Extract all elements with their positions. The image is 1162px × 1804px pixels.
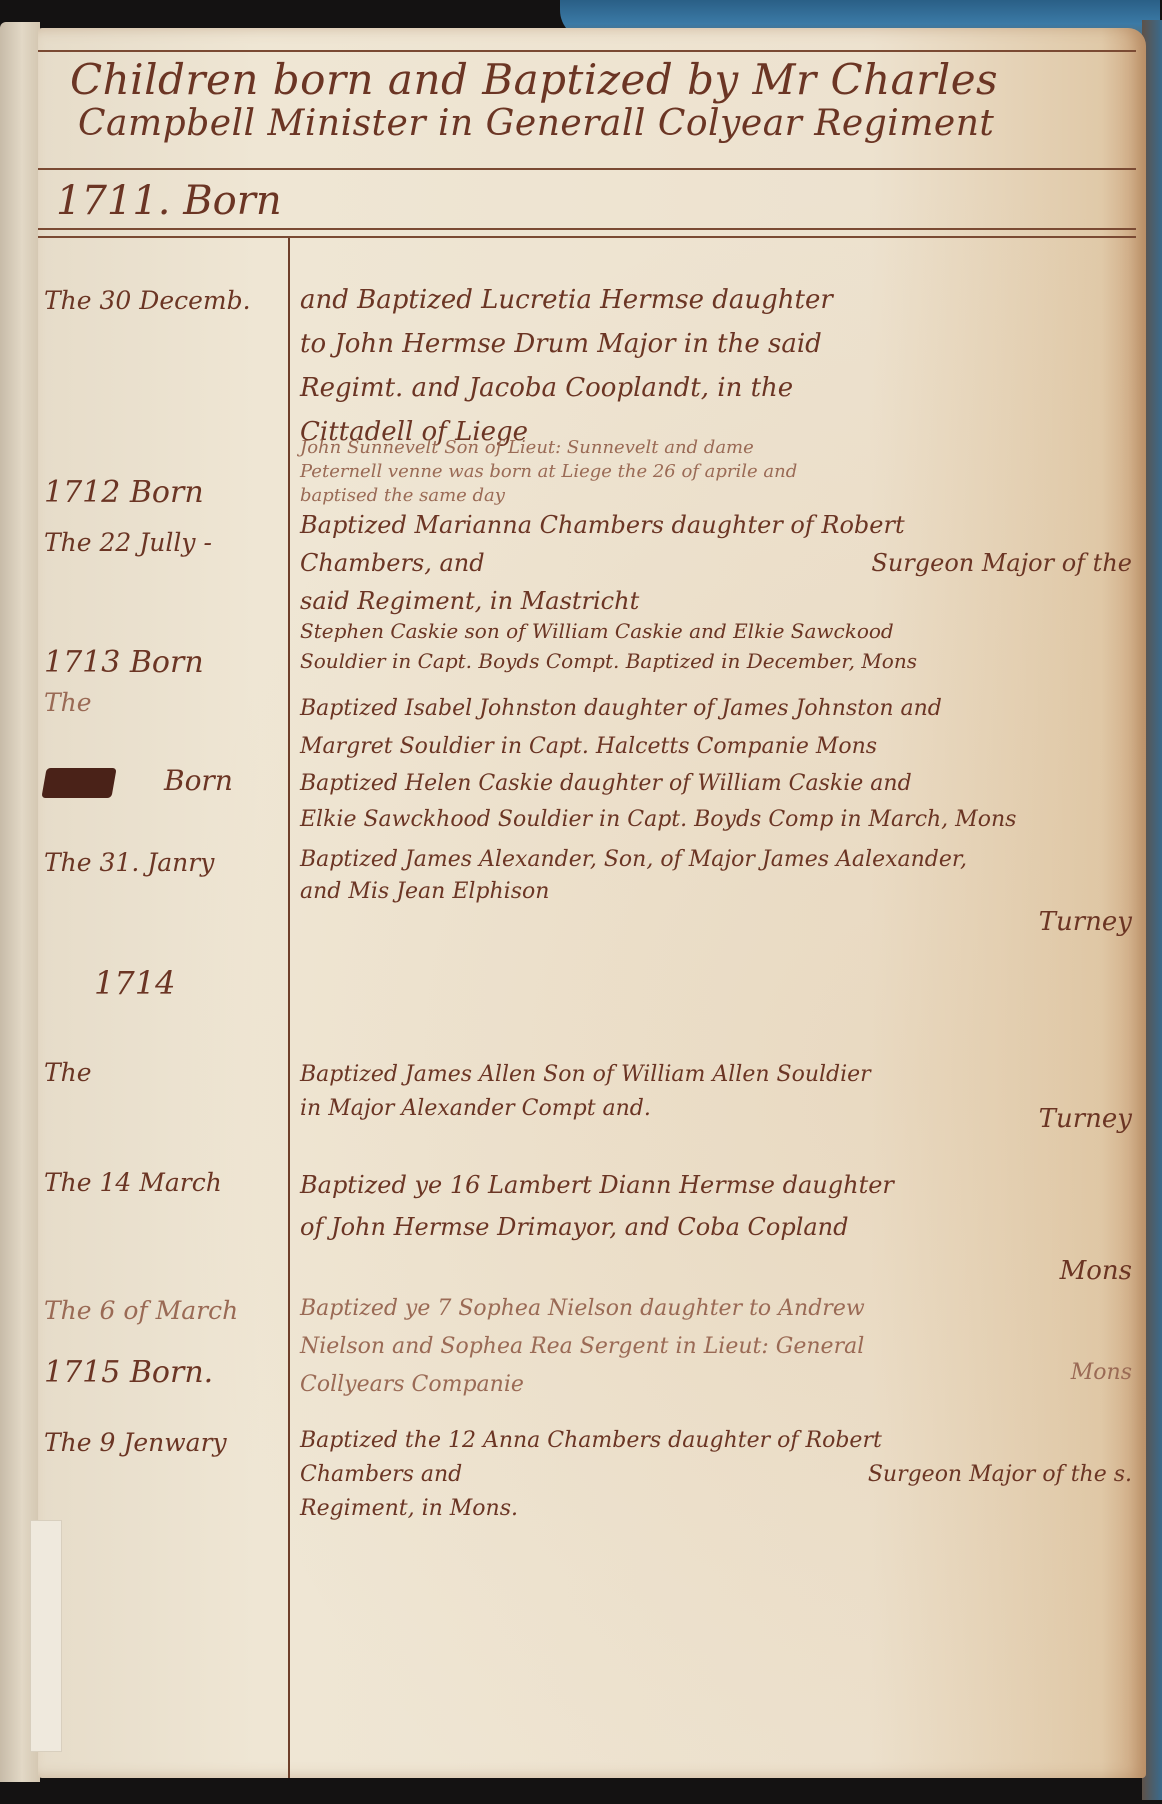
entry-helen-caskie: Baptized Helen Caskie daughter of Willia… — [300, 766, 1140, 838]
entry-place: Turney — [1039, 906, 1132, 938]
entry-marianna-chambers: Baptized Marianna Chambers daughter of R… — [300, 506, 1140, 620]
entry-lambert-hermse: Baptized ye 16 Lambert Diann Hermse daug… — [300, 1164, 1140, 1284]
entry-sophea-nielson: Baptized ye 7 Sophea Nielson daughter to… — [300, 1290, 1140, 1410]
year-heading-1711: 1711. Born — [56, 178, 282, 224]
entry-anna-chambers: Baptized the 12 Anna Chambers daughter o… — [300, 1424, 1140, 1526]
entry-james-allen: Baptized James Allen Son of William Alle… — [300, 1058, 1140, 1148]
facing-page-edge — [0, 22, 40, 1782]
margin-year: 1712 Born — [44, 478, 284, 508]
entry-lucretia-hermse: and Baptized Lucretia Hermse daughter to… — [300, 278, 1140, 454]
margin-date: The 6 of March — [44, 1296, 284, 1326]
margin-date: The 14 March — [44, 1168, 284, 1198]
manuscript-page: Children born and Baptized by Mr Charles… — [38, 28, 1146, 1778]
margin-year: 1714 — [94, 968, 334, 998]
entry-john-sunnevelt: John Sunnevelt Son of Lieut: Sunnevelt a… — [300, 436, 1140, 508]
margin-date: The 30 Decemb. — [44, 286, 284, 316]
title-rule — [38, 168, 1136, 170]
entry-place: Mons — [1071, 1354, 1132, 1392]
entry-place: Turney — [1039, 1102, 1132, 1136]
entry-right-note: Surgeon Major of the — [871, 544, 1132, 582]
entry-place: Mons — [1060, 1250, 1132, 1292]
header-rule-2 — [38, 236, 1136, 238]
entry-stephen-caskie: Stephen Caskie son of William Caskie and… — [300, 616, 1140, 676]
title-line-1: Children born and Baptized by Mr Charles — [70, 55, 998, 104]
page-title: Children born and Baptized by Mr Charles… — [70, 58, 1130, 146]
margin-year-struck: Born — [44, 766, 284, 798]
entry-james-alexander: Baptized James Alexander, Son, of Major … — [300, 844, 1140, 934]
title-line-2: Campbell Minister in Generall Colyear Re… — [70, 102, 1130, 146]
crossed-out-year — [41, 768, 116, 798]
margin-date: The 9 Jenwary — [44, 1428, 284, 1458]
entry-isabel-johnston: Baptized Isabel Johnston daughter of Jam… — [300, 690, 1140, 766]
margin-date: The 22 Jully - — [44, 528, 284, 558]
top-rule — [38, 50, 1136, 52]
margin-date: The 31. Janry — [44, 848, 284, 878]
margin-date: The — [44, 688, 284, 718]
header-rule-1 — [38, 228, 1136, 230]
margin-year: 1715 Born. — [44, 1358, 284, 1388]
column-divider — [288, 238, 290, 1778]
archival-label-strip — [30, 1520, 62, 1752]
entry-right-note: Surgeon Major of the s. — [868, 1458, 1132, 1492]
margin-year: 1713 Born — [44, 648, 284, 678]
margin-date: The — [44, 1058, 284, 1088]
